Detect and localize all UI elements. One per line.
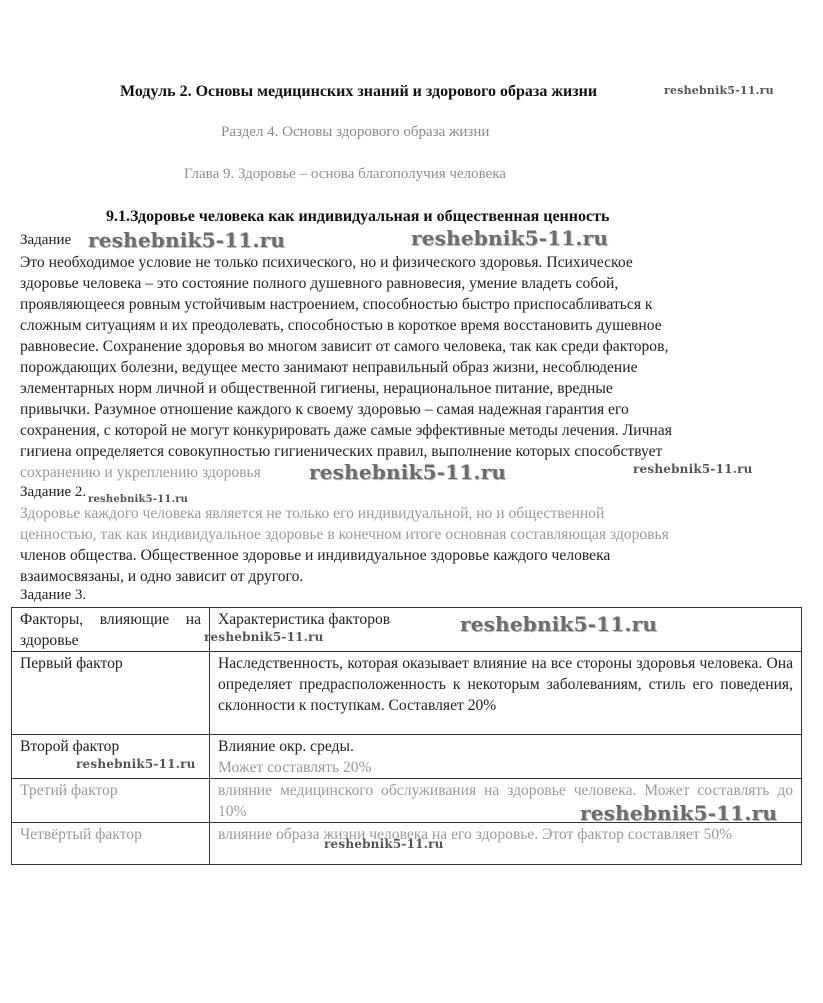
watermark: reshebnik5-11.ru <box>580 801 777 825</box>
text-line: ценностью, так как индивидуальное здоров… <box>20 524 800 545</box>
task2-label: Задание 2. <box>20 484 86 501</box>
task1-answer: Это необходимое условие не только психич… <box>20 252 800 483</box>
text-line: гигиена определяется совокупностью гигие… <box>20 441 800 462</box>
text-line: сложным ситуациям и их преодолевать, спо… <box>20 315 800 336</box>
task2-answer: Здоровье каждого человека является не то… <box>20 503 800 587</box>
watermark: reshebnik5-11.ru <box>88 228 285 252</box>
watermark: reshebnik5-11.ru <box>309 460 506 484</box>
text-line: Это необходимое условие не только психич… <box>20 252 800 273</box>
description-cell: Наследственность, которая оказывает влия… <box>210 652 802 735</box>
text-line: взаимосвязаны, и одно зависит от другого… <box>20 566 800 587</box>
description-cell: Влияние окр. среды. Может составлять 20% <box>210 735 802 779</box>
topic-heading: 9.1.Здоровье человека как индивидуальная… <box>106 208 609 226</box>
watermark: reshebnik5-11.ru <box>411 226 608 250</box>
text-line: членов общества. Общественное здоровье и… <box>20 545 800 566</box>
text-line: порождающих болезни, ведущее место заним… <box>20 357 800 378</box>
table-header-row: Факторы, влияющие на здоровье Характерис… <box>12 608 802 652</box>
watermark: reshebnik5-11.ru <box>76 757 196 771</box>
description-cell: влияние образа жизни человека на его здо… <box>210 823 802 865</box>
text-line: элементарных норм личной и общественной … <box>20 378 800 399</box>
factor-cell: Первый фактор <box>12 652 210 735</box>
watermark: reshebnik5-11.ru <box>664 84 774 97</box>
watermark: reshebnik5-11.ru <box>460 612 657 636</box>
module-heading: Модуль 2. Основы медицинских знаний и зд… <box>120 83 597 101</box>
chapter-heading: Глава 9. Здоровье – основа благополучия … <box>184 166 506 183</box>
factor-cell: Третий фактор <box>12 779 210 823</box>
description-line: Влияние окр. среды. <box>218 736 793 757</box>
description-line: Может составлять 20% <box>218 757 793 778</box>
text-line: Здоровье каждого человека является не то… <box>20 503 800 524</box>
text-line: привычки. Разумное отношение каждого к с… <box>20 399 800 420</box>
text-line: сохранения, с которой не могут конкуриро… <box>20 420 800 441</box>
header-factors: Факторы, влияющие на здоровье <box>12 608 210 652</box>
task1-label: Задание <box>20 232 71 249</box>
watermark: reshebnik5-11.ru <box>633 462 753 476</box>
factor-cell: Четвёртый фактор <box>12 823 210 865</box>
text-line: здоровье человека – это состояние полног… <box>20 273 800 294</box>
table-row: Первый фактор Наследственность, которая … <box>12 652 802 735</box>
task3-label: Задание 3. <box>20 587 86 604</box>
watermark: reshebnik5-11.ru <box>324 837 444 851</box>
text-line: равновесие. Сохранение здоровья во много… <box>20 336 800 357</box>
watermark: reshebnik5-11.ru <box>204 630 324 644</box>
factors-table: Факторы, влияющие на здоровье Характерис… <box>11 607 802 865</box>
text-line: проявляющееся ровным устойчивым настроен… <box>20 294 800 315</box>
section-heading: Раздел 4. Основы здорового образа жизни <box>221 124 489 141</box>
